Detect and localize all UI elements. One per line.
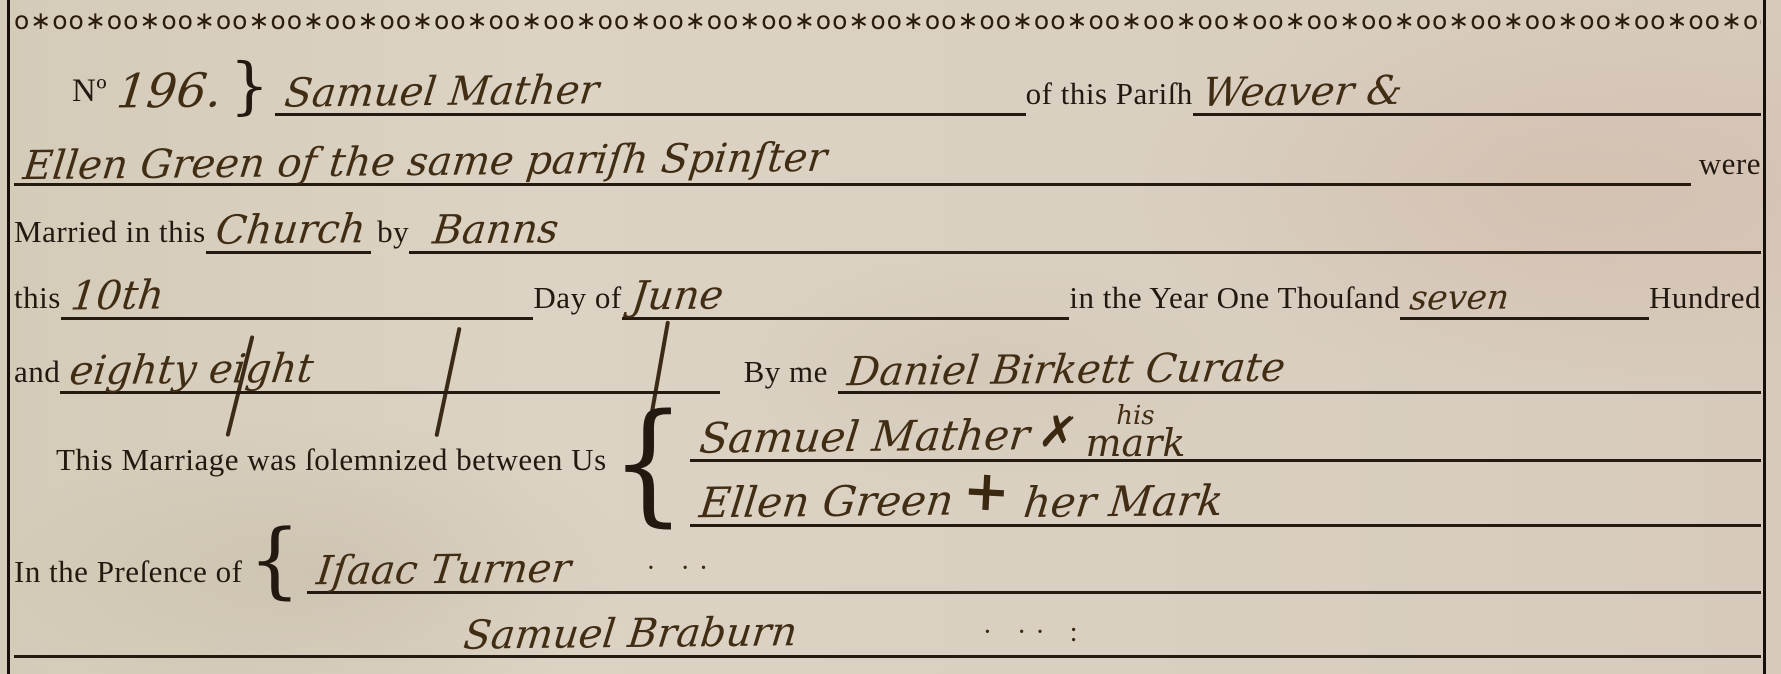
groom-occupation-line: Weaver &: [1193, 71, 1761, 116]
groom-signature-line: Samuel Mather ✗ his mark: [690, 397, 1761, 462]
bride-mark-cross: +: [957, 457, 1015, 526]
page-border-right: [1763, 0, 1766, 674]
century-line: seven: [1400, 281, 1649, 320]
witness2-line: Samuel Braburn · ·· :: [14, 613, 1761, 658]
century-word: seven: [1398, 281, 1517, 318]
brace-us: {: [607, 409, 690, 515]
printed-day-of: Day of: [533, 280, 621, 320]
bride-signature-line: Ellen Green + her Mark: [690, 462, 1761, 527]
month-value: June: [619, 274, 731, 317]
printed-by: by: [371, 214, 409, 254]
brace-after-number: }: [228, 58, 275, 116]
groom-name: Samuel Mather: [273, 69, 608, 114]
printed-presence: In the Preſence of: [14, 554, 242, 594]
line-bride: Ellen Green of the same pariſh Spinſter …: [14, 120, 1761, 186]
line-presence: In the Preſence of { Iſaac Turner · ··: [14, 532, 1761, 594]
day-value: 10th: [58, 274, 172, 317]
year-words: eighty eight: [58, 348, 322, 393]
page-border-left: [7, 0, 10, 674]
officiant-line: Daniel Birkett Curate: [838, 349, 1761, 394]
bride-mark-words: her Mark: [1011, 479, 1231, 525]
banns-line: Banns: [409, 209, 1761, 254]
groom-occupation: Weaver &: [1190, 70, 1410, 114]
marriage-register-entry: o∗oo∗oo∗oo∗oo∗oo∗oo∗oo∗oo∗oo∗oo∗oo∗oo∗oo…: [0, 0, 1781, 674]
officiant-signature: Daniel Birkett Curate: [835, 347, 1293, 394]
entry-number-group: Nº 196. }: [14, 58, 275, 116]
groom-mark-word: mark: [1086, 427, 1186, 459]
witness2-signature: Samuel Braburn: [451, 611, 805, 657]
printed-this: this: [14, 280, 61, 320]
line-solemnized: This Marriage was ſolemnized between Us …: [14, 398, 1761, 526]
couple-signatures: Samuel Mather ✗ his mark Ellen Green + h…: [690, 397, 1761, 527]
groom-name-line: Samuel Mather: [275, 71, 1025, 116]
day-line: 10th: [61, 275, 534, 320]
printed-solemnized: This Marriage was ſolemnized between Us: [14, 442, 607, 482]
line-witness2: Samuel Braburn · ·· :: [14, 596, 1761, 658]
bride-signature: Ellen Green: [687, 478, 961, 525]
witness1-flourish: · ··: [576, 553, 717, 591]
line-year-officiant: and eighty eight By me Daniel Birkett Cu…: [14, 324, 1761, 394]
brace-presence: {: [242, 528, 306, 594]
printed-hundred: Hundred: [1649, 280, 1761, 320]
church-word: Church: [203, 208, 373, 252]
witness2-flourish: · ·· :: [803, 617, 1087, 655]
entry-number: 196.: [104, 66, 230, 117]
printed-year-one-thousand: in the Year One Thouſand: [1069, 280, 1400, 320]
groom-mark-note: his mark: [1086, 405, 1186, 459]
church-line: Church: [206, 209, 371, 254]
printed-of-this-parish: of this Pariſh: [1026, 76, 1193, 116]
printed-were: were: [1691, 146, 1761, 186]
witness1-line: Iſaac Turner · ··: [307, 549, 1761, 594]
printed-by-me: By me: [720, 354, 838, 394]
entry-number-prefix: Nº: [72, 73, 107, 116]
line-married: Married in this Church by Banns: [14, 192, 1761, 254]
printed-and: and: [14, 354, 60, 394]
groom-signature: Samuel Mather: [687, 413, 1038, 461]
bride-line: Ellen Green of the same pariſh Spinſter: [14, 141, 1691, 186]
line-groom: Nº 196. } Samuel Mather of this Pariſh W…: [14, 42, 1761, 116]
groom-mark-cross: ✗: [1031, 402, 1085, 462]
line-date: this 10th Day of June in the Year One Th…: [14, 258, 1761, 320]
printed-married-in-this: Married in this: [14, 214, 206, 254]
banns-word: Banns: [407, 208, 567, 252]
ornament-border: o∗oo∗oo∗oo∗oo∗oo∗oo∗oo∗oo∗oo∗oo∗oo∗oo∗oo…: [14, 3, 1761, 39]
witness1-signature: Iſaac Turner: [304, 548, 579, 593]
month-line: June: [622, 275, 1070, 320]
bride-entry: Ellen Green of the same pariſh Spinſter: [11, 137, 835, 188]
